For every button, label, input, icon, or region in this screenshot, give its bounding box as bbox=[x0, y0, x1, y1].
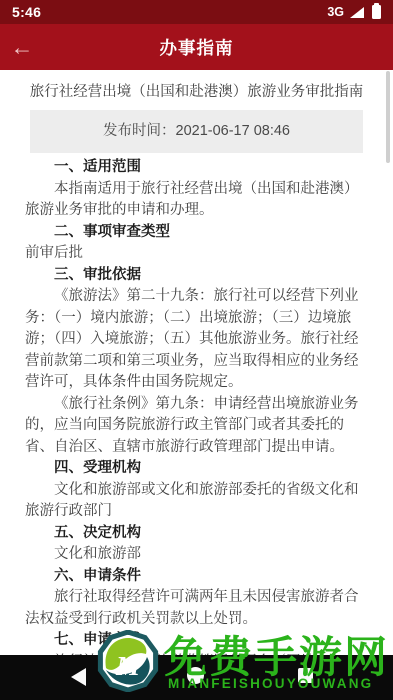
section-heading: 六、申请条件 bbox=[25, 566, 368, 588]
back-button[interactable]: ← bbox=[0, 24, 44, 70]
network-type-label: 3G bbox=[327, 5, 344, 19]
section-heading: 一、适用范围 bbox=[25, 157, 368, 179]
article-paragraph: 《旅游法》第二十九条：旅行社可以经营下列业务：（一）境内旅游；（二）出境旅游；（… bbox=[25, 286, 368, 394]
section-heading: 五、决定机构 bbox=[25, 523, 368, 545]
article-paragraph: 文化和旅游部 bbox=[25, 544, 368, 566]
section-heading: 三、审批依据 bbox=[25, 265, 368, 287]
section-heading: 四、受理机构 bbox=[25, 458, 368, 480]
article-content: 旅行社经营出境（出国和赴港澳）旅游业务审批指南 发布时间：2021-06-17 … bbox=[0, 70, 393, 673]
signal-strength-icon bbox=[350, 7, 364, 18]
article-title: 旅行社经营出境（出国和赴港澳）旅游业务审批指南 bbox=[25, 80, 368, 104]
article-body: 一、适用范围本指南适用于旅行社经营出境（出国和赴港澳）旅游业务审批的申请和办理。… bbox=[25, 157, 368, 673]
phone-screen: 5:46 3G ← 办事指南 旅行社经营出境（出国和赴港澳）旅游业务审批指南 发… bbox=[0, 0, 393, 700]
article-paragraph: 文化和旅游部或文化和旅游部委托的省级文化和旅游行政部门 bbox=[25, 480, 368, 523]
clock: 5:46 bbox=[12, 4, 41, 20]
article-paragraph: 本指南适用于旅行社经营出境（出国和赴港澳）旅游业务审批的申请和办理。 bbox=[25, 179, 368, 222]
nav-recents-icon[interactable] bbox=[298, 668, 313, 683]
nav-home-icon[interactable] bbox=[187, 667, 204, 684]
section-heading: 二、事项审查类型 bbox=[25, 222, 368, 244]
page-title: 办事指南 bbox=[0, 35, 393, 60]
article-paragraph: 前审后批 bbox=[25, 243, 368, 265]
app-bar: ← 办事指南 bbox=[0, 24, 393, 70]
android-nav-bar bbox=[0, 655, 393, 700]
back-arrow-icon: ← bbox=[11, 36, 34, 59]
status-bar: 5:46 3G bbox=[0, 0, 393, 24]
article-paragraph: 旅行社取得经营许可满两年且未因侵害旅游者合法权益受到行政机关罚款以上处罚。 bbox=[25, 587, 368, 630]
nav-back-icon[interactable] bbox=[71, 668, 86, 686]
publish-time-bar: 发布时间：2021-06-17 08:46 bbox=[30, 110, 363, 153]
article-paragraph: 《旅行社条例》第九条：申请经营出境旅游业务的，应当向国务院旅游行政主管部门或者其… bbox=[25, 394, 368, 459]
scrollbar-thumb[interactable] bbox=[386, 71, 390, 163]
section-heading: 七、申请方式 bbox=[25, 630, 368, 652]
status-icons: 3G bbox=[327, 5, 381, 19]
battery-icon bbox=[372, 5, 381, 19]
